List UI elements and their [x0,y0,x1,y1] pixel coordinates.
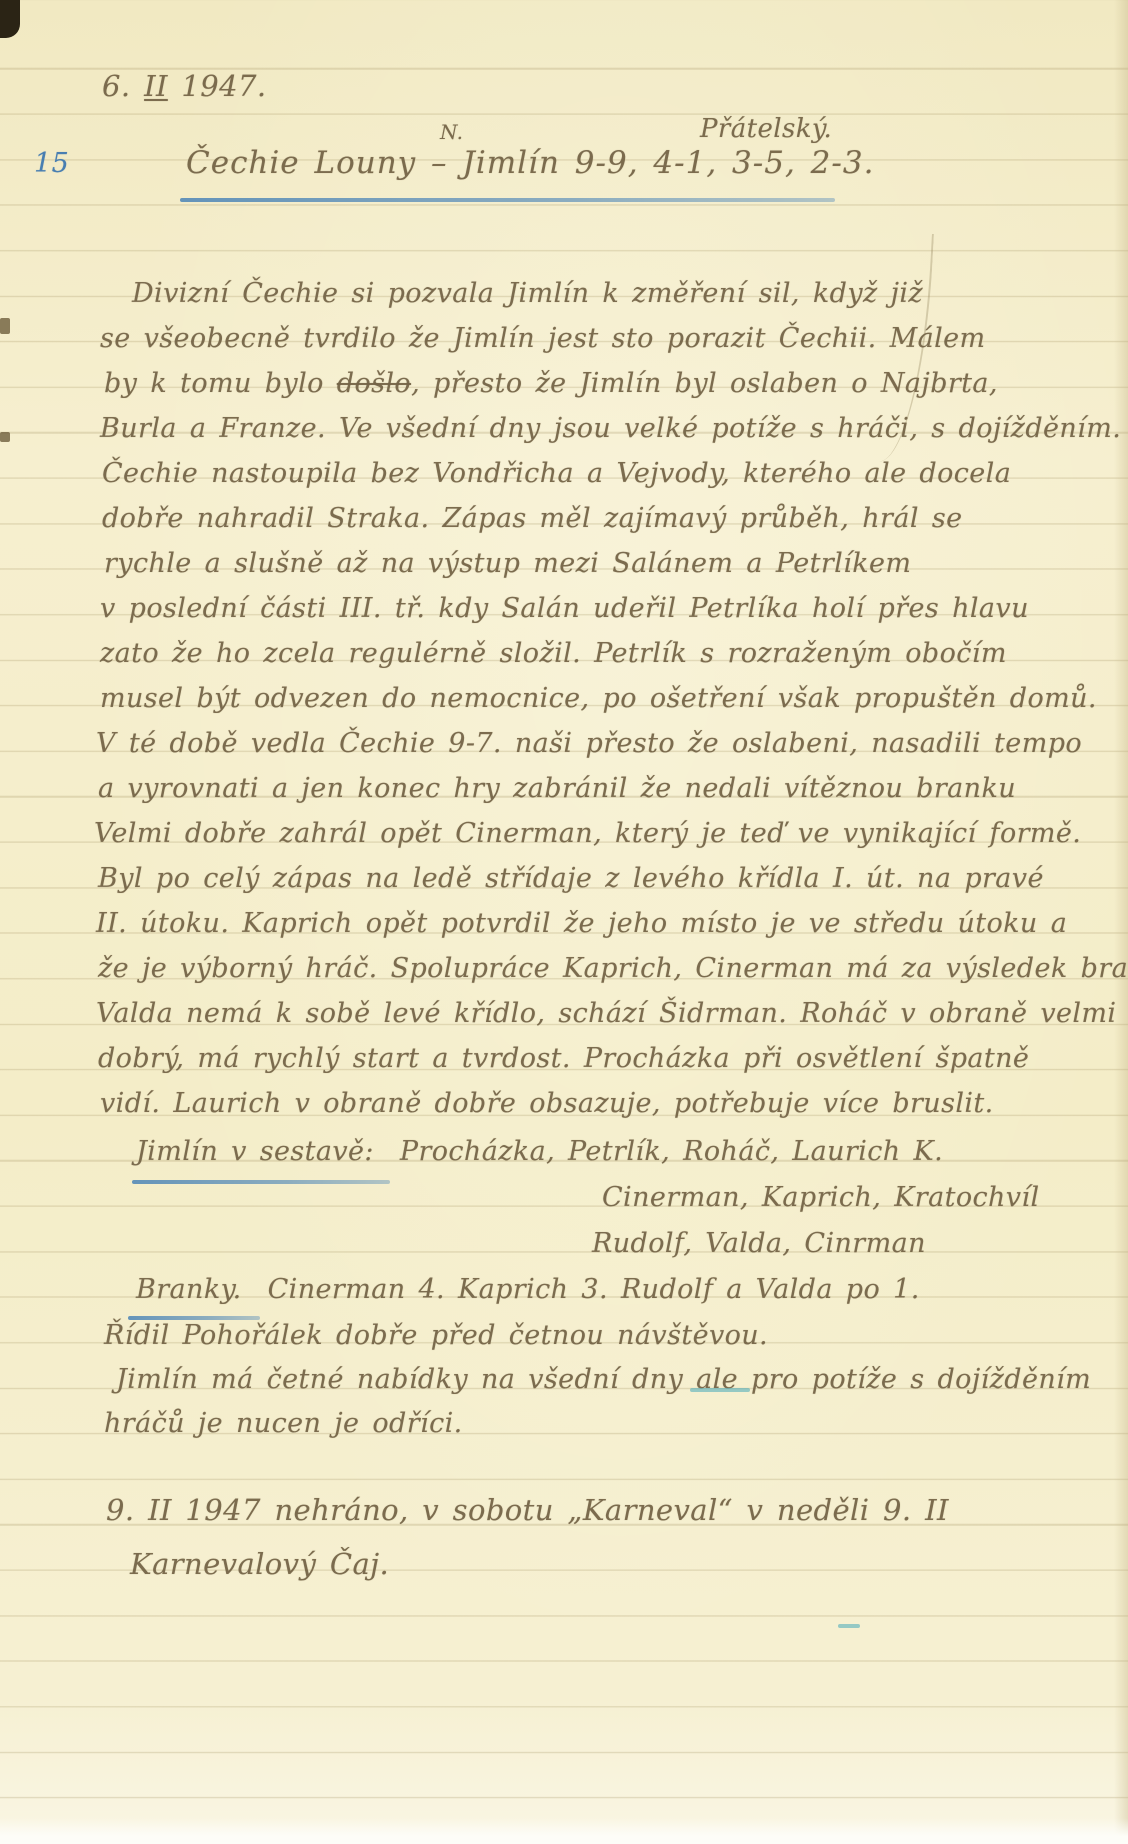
date-day: 6. [102,69,144,103]
report-line: rychle a slušně až na výstup mezi Saláne… [104,550,911,577]
report-line-part: , přesto že Jimlín byl oslaben o Najbrta… [411,368,998,399]
date-month-roman: II [144,69,168,103]
lineup-row1: Procházka, Petrlík, Roháč, Laurich K. [400,1136,943,1167]
date-heading: 6. II 1947. [102,72,266,101]
report-line: že je výborný hráč. Spolupráce Kaprich, … [98,955,1128,982]
lineup-label: Jimlín v sestavě: [136,1136,374,1167]
page-binding-edge [0,0,26,1844]
goals-text: Cinerman 4. Kaprich 3. Rudolf a Valda po… [268,1274,920,1305]
insert-mark: N. [440,122,463,142]
lineup-row2: Cinerman, Kaprich, Kratochvíl [602,1184,1040,1211]
report-line-part: by k tomu bylo [104,368,337,399]
page-right-edge [1114,0,1128,1844]
lineup-row3: Rudolf, Valda, Cinrman [592,1230,926,1257]
footer-line: 9. II 1947 nehráno, v sobotu „Karneval“ … [106,1496,949,1525]
referee-line: Řídil Pohořálek dobře před četnou návště… [104,1322,768,1349]
margin-page-number: 15 [34,150,69,177]
report-line: dobrý, má rychlý start a tvrdost. Prochá… [98,1045,1029,1072]
report-line: Velmi dobře zahrál opět Cinerman, který … [94,820,1081,847]
notebook-page: 6. II 1947. Přátelský. 15 N. Čechie Loun… [0,0,1128,1844]
page-bottom-edge [0,1818,1128,1844]
lineup-underline [132,1180,390,1184]
report-line: v poslední části III. tř. kdy Salán udeř… [100,595,1029,622]
report-line: dobře nahradil Straka. Zápas měl zajímav… [102,505,963,532]
report-line: II. útoku. Kaprich opět potvrdil že jeho… [96,910,1067,937]
report-line: by k tomu bylo došlo, přesto že Jimlín b… [104,370,998,397]
stray-blue-mark [838,1624,860,1628]
note-line: Jimlín má četné nabídky na všední dny al… [116,1366,1091,1393]
match-title: Čechie Louny – Jimlín 9-9, 4-1, 3-5, 2-3… [186,148,874,179]
edge-mark [0,432,10,442]
report-line: zato že ho zcela regulérně složil. Petrl… [100,640,1007,667]
note-line: hráčů je nucen je odříci. [104,1410,463,1437]
title-underline [180,198,835,202]
report-line: musel být odvezen do nemocnice, po ošetř… [100,685,1097,712]
match-type-label: Přátelský. [700,116,832,142]
stray-blue-mark [690,1388,750,1392]
lineup-line: Jimlín v sestavě: Procházka, Petrlík, Ro… [136,1138,943,1165]
goals-label: Branky. [136,1274,242,1305]
report-line: vidí. Laurich v obraně dobře obsazuje, p… [100,1090,994,1117]
corner-stain [0,0,20,38]
report-line: V té době vedla Čechie 9-7. naši přesto … [96,730,1082,757]
report-line: Čechie nastoupila bez Vondřicha a Vejvod… [102,460,1011,487]
report-line: Valda nemá k sobě levé křídlo, schází Ši… [96,1000,1116,1027]
report-line: Burla a Franze. Ve všední dny jsou velké… [100,415,1121,442]
struck-word: došlo [337,368,411,399]
goals-line: Branky. Cinerman 4. Kaprich 3. Rudolf a … [136,1276,920,1303]
report-line: Byl po celý zápas na ledě střídaje z lev… [98,865,1044,892]
report-line: Divizní Čechie si pozvala Jimlín k změře… [132,280,923,307]
footer-line: Karnevalový Čaj. [130,1550,389,1579]
report-line: a vyrovnati a jen konec hry zabránil že … [98,775,1016,802]
report-line: se všeobecně tvrdilo že Jimlín jest sto … [100,325,986,352]
date-year: 1947. [168,69,267,103]
edge-mark [0,318,10,334]
